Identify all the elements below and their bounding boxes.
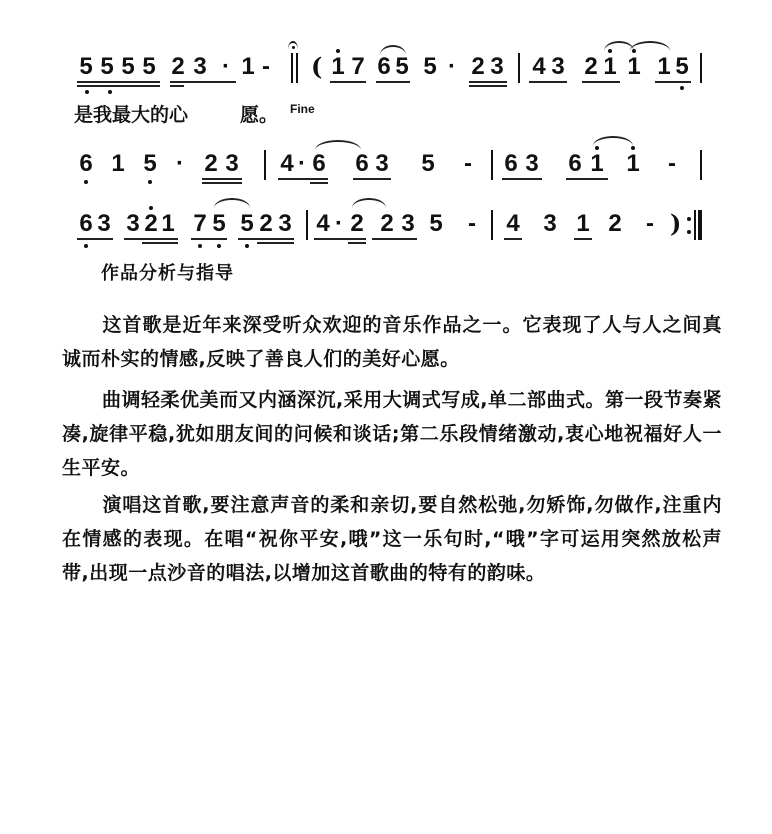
note-dot: · (331, 212, 347, 236)
underline (77, 81, 160, 83)
note: 7 (350, 55, 366, 79)
score-line-2: 6 1 5 · 2 3 4 · 6 6 3 5 - 6 3 6 1 1 - (0, 152, 772, 202)
note: 2 (170, 55, 186, 79)
underline (655, 81, 691, 83)
note: 5 (394, 55, 410, 79)
lyrics-end: 愿。 (240, 100, 278, 127)
barline (700, 53, 702, 83)
note: 1 (575, 212, 591, 236)
underline (170, 85, 184, 87)
note: 5 (142, 152, 158, 176)
underline (124, 238, 178, 240)
underline (529, 81, 567, 83)
low-octave-dot (84, 180, 88, 184)
slur (315, 140, 361, 150)
note-dash: - (460, 152, 476, 176)
note-dot: · (444, 55, 460, 79)
slur (380, 45, 406, 55)
high-octave-dot (336, 49, 340, 53)
underline (77, 238, 113, 240)
underline (574, 238, 592, 240)
underline (582, 81, 620, 83)
lyrics: 是我最大的心 (74, 100, 188, 127)
underline (202, 178, 242, 180)
note: 5 (674, 55, 690, 79)
note: 6 (354, 152, 370, 176)
score-line-1: 5 5 5 5 2 3 · 1 - ( 1 7 6 5 5 · 2 3 4 3 … (0, 55, 772, 105)
low-octave-dot (84, 244, 88, 248)
note: 5 (211, 212, 227, 236)
underline (372, 238, 417, 240)
underline (257, 242, 294, 244)
note: 4 (279, 152, 295, 176)
note-dot: · (218, 55, 234, 79)
note: 3 (277, 212, 293, 236)
note: 2 (143, 212, 159, 236)
barline (491, 150, 493, 180)
underline (202, 182, 242, 184)
underline (77, 85, 160, 87)
barline (264, 150, 266, 180)
note: 1 (589, 152, 605, 176)
note-dot: · (294, 152, 310, 176)
barline (306, 210, 308, 240)
underline (353, 178, 391, 180)
underline (142, 242, 178, 244)
note: 3 (224, 152, 240, 176)
slur (630, 41, 670, 51)
note: 5 (78, 55, 94, 79)
underline (310, 182, 328, 184)
low-octave-dot (198, 244, 202, 248)
underline (191, 238, 227, 240)
underline (469, 81, 507, 83)
high-octave-dot (595, 146, 599, 150)
note: 3 (192, 55, 208, 79)
fermata-dot (292, 46, 295, 49)
note: 1 (240, 55, 256, 79)
underline (566, 178, 608, 180)
note: 5 (120, 55, 136, 79)
paragraph-3-text: 演唱这首歌,要注意声音的柔和亲切,要自然松弛,勿矫饰,勿做作,注重内在情感的表现… (62, 494, 722, 584)
repeat-dot (687, 217, 691, 221)
double-barline (291, 53, 293, 83)
note: 6 (78, 152, 94, 176)
fine-mark: Fine (290, 102, 315, 116)
note: 1 (602, 55, 618, 79)
underline (469, 85, 507, 87)
low-octave-dot (680, 86, 684, 90)
barline (491, 210, 493, 240)
paragraph-1-text: 这首歌是近年来深受听众欢迎的音乐作品之一。它表现了人与人之间真诚而朴实的情感,反… (62, 314, 722, 370)
paragraph-3: 演唱这首歌,要注意声音的柔和亲切,要自然松弛,勿矫饰,勿做作,注重内在情感的表现… (62, 488, 722, 590)
note: 4 (531, 55, 547, 79)
low-octave-dot (85, 90, 89, 94)
note: 2 (258, 212, 274, 236)
open-paren: ( (311, 55, 322, 79)
underline (278, 178, 328, 180)
note: 5 (141, 55, 157, 79)
note: 1 (625, 152, 641, 176)
repeat-barline (694, 210, 696, 240)
repeat-barline-thick (698, 210, 702, 240)
note-dot: · (172, 152, 188, 176)
underline (314, 238, 366, 240)
note: 3 (489, 55, 505, 79)
note: 6 (376, 55, 392, 79)
note-dash: - (642, 212, 658, 236)
note-dash: - (464, 212, 480, 236)
note: 5 (420, 152, 436, 176)
note: 2 (349, 212, 365, 236)
note: 3 (400, 212, 416, 236)
underline (170, 81, 236, 83)
note: 2 (203, 152, 219, 176)
high-octave-dot (149, 206, 153, 210)
high-octave-dot (631, 146, 635, 150)
note: 4 (505, 212, 521, 236)
note: 5 (422, 55, 438, 79)
note: 2 (379, 212, 395, 236)
note: 2 (583, 55, 599, 79)
note: 3 (524, 152, 540, 176)
close-paren: ) (670, 212, 681, 236)
underline (502, 178, 542, 180)
paragraph-2: 曲调轻柔优美而又内涵深沉,采用大调式写成,单二部曲式。第一段节奏紧凑,旋律平稳,… (62, 383, 722, 485)
note: 3 (125, 212, 141, 236)
note: 7 (192, 212, 208, 236)
barline (700, 150, 702, 180)
section-heading: 作品分析与指导 (101, 259, 234, 285)
note: 3 (542, 212, 558, 236)
note: 3 (96, 212, 112, 236)
underline (504, 238, 522, 240)
low-octave-dot (148, 180, 152, 184)
note: 4 (315, 212, 331, 236)
low-octave-dot (245, 244, 249, 248)
underline (376, 81, 410, 83)
underline (330, 81, 366, 83)
note: 1 (110, 152, 126, 176)
note: 5 (428, 212, 444, 236)
double-barline (296, 53, 298, 83)
note: 3 (550, 55, 566, 79)
low-octave-dot (217, 244, 221, 248)
low-octave-dot (108, 90, 112, 94)
note: 5 (99, 55, 115, 79)
note: 5 (239, 212, 255, 236)
note: 6 (503, 152, 519, 176)
note: 6 (567, 152, 583, 176)
paragraph-2-text: 曲调轻柔优美而又内涵深沉,采用大调式写成,单二部曲式。第一段节奏紧凑,旋律平稳,… (62, 389, 722, 479)
note: 1 (656, 55, 672, 79)
underline (348, 242, 366, 244)
note-dash: - (664, 152, 680, 176)
note-dash: - (258, 55, 274, 79)
barline (518, 53, 520, 83)
score-line-3: 6 3 3 2 1 7 5 5 2 3 4 · 2 2 3 5 - 4 3 1 … (0, 212, 772, 262)
note: 6 (78, 212, 94, 236)
note: 6 (311, 152, 327, 176)
note: 2 (470, 55, 486, 79)
note: 1 (330, 55, 346, 79)
slur (593, 136, 633, 146)
note: 2 (607, 212, 623, 236)
underline (238, 238, 294, 240)
note: 1 (626, 55, 642, 79)
note: 1 (160, 212, 176, 236)
paragraph-1: 这首歌是近年来深受听众欢迎的音乐作品之一。它表现了人与人之间真诚而朴实的情感,反… (62, 308, 722, 376)
repeat-dot (687, 230, 691, 234)
note: 3 (374, 152, 390, 176)
